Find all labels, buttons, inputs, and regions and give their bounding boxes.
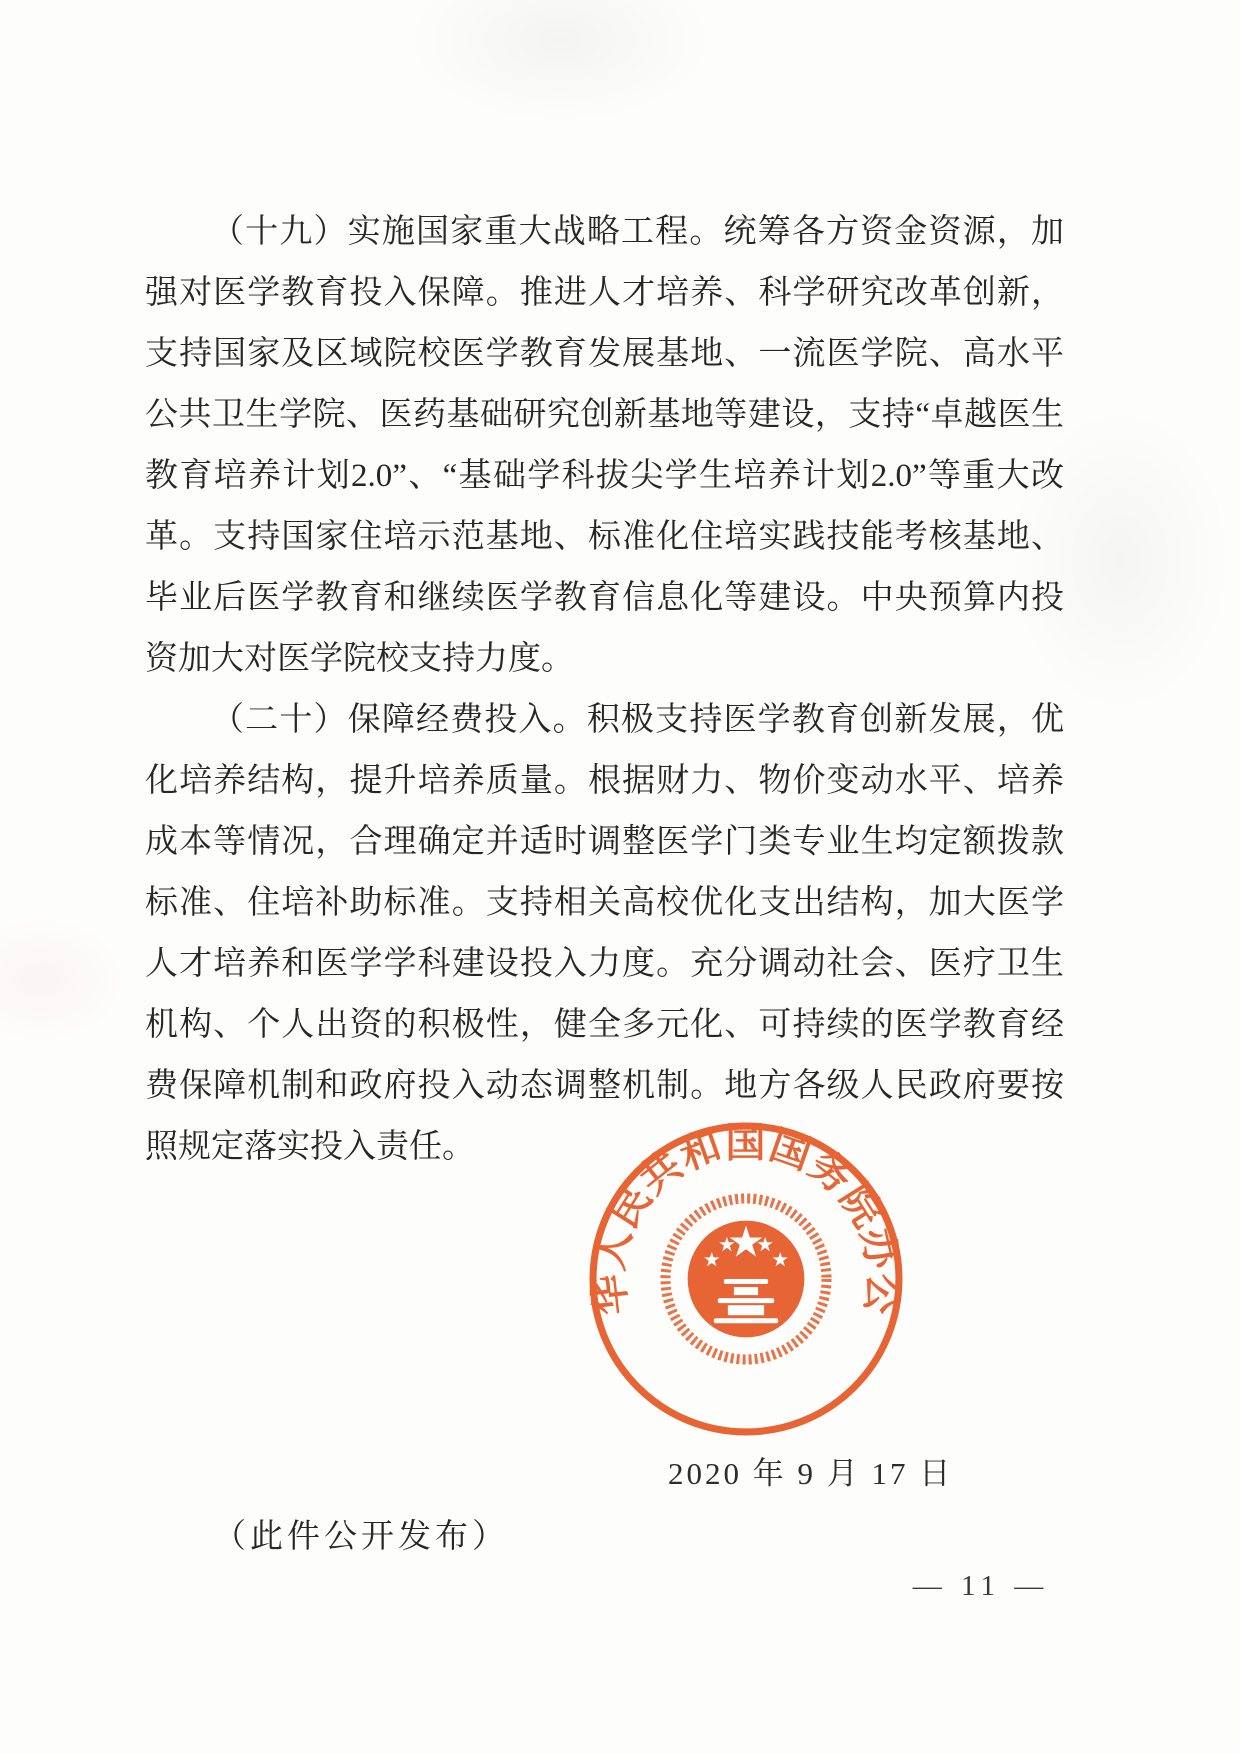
document-page: （十九）实施国家重大战略工程。统筹各方资金资源，加强对医学教育投入保障。推进人才…	[0, 0, 1240, 1754]
document-body: （十九）实施国家重大战略工程。统筹各方资金资源，加强对医学教育投入保障。推进人才…	[145, 202, 1064, 1178]
publish-note: （此件公开发布）	[213, 1510, 509, 1557]
seal-date: 2020 年 9 月 17 日	[668, 1448, 968, 1493]
page-number: — 11 —	[896, 1570, 1066, 1603]
official-seal-icon: 中华人民共和国国务院办公厅	[585, 1118, 907, 1440]
official-seal: 中华人民共和国国务院办公厅	[585, 1118, 907, 1440]
paragraph-20: （二十）保障经费投入。积极支持医学教育创新发展，优化培养结构，提升培养质量。根据…	[145, 690, 1064, 1178]
paragraph-19: （十九）实施国家重大战略工程。统筹各方资金资源，加强对医学教育投入保障。推进人才…	[145, 202, 1064, 690]
national-emblem-icon	[666, 1199, 827, 1360]
